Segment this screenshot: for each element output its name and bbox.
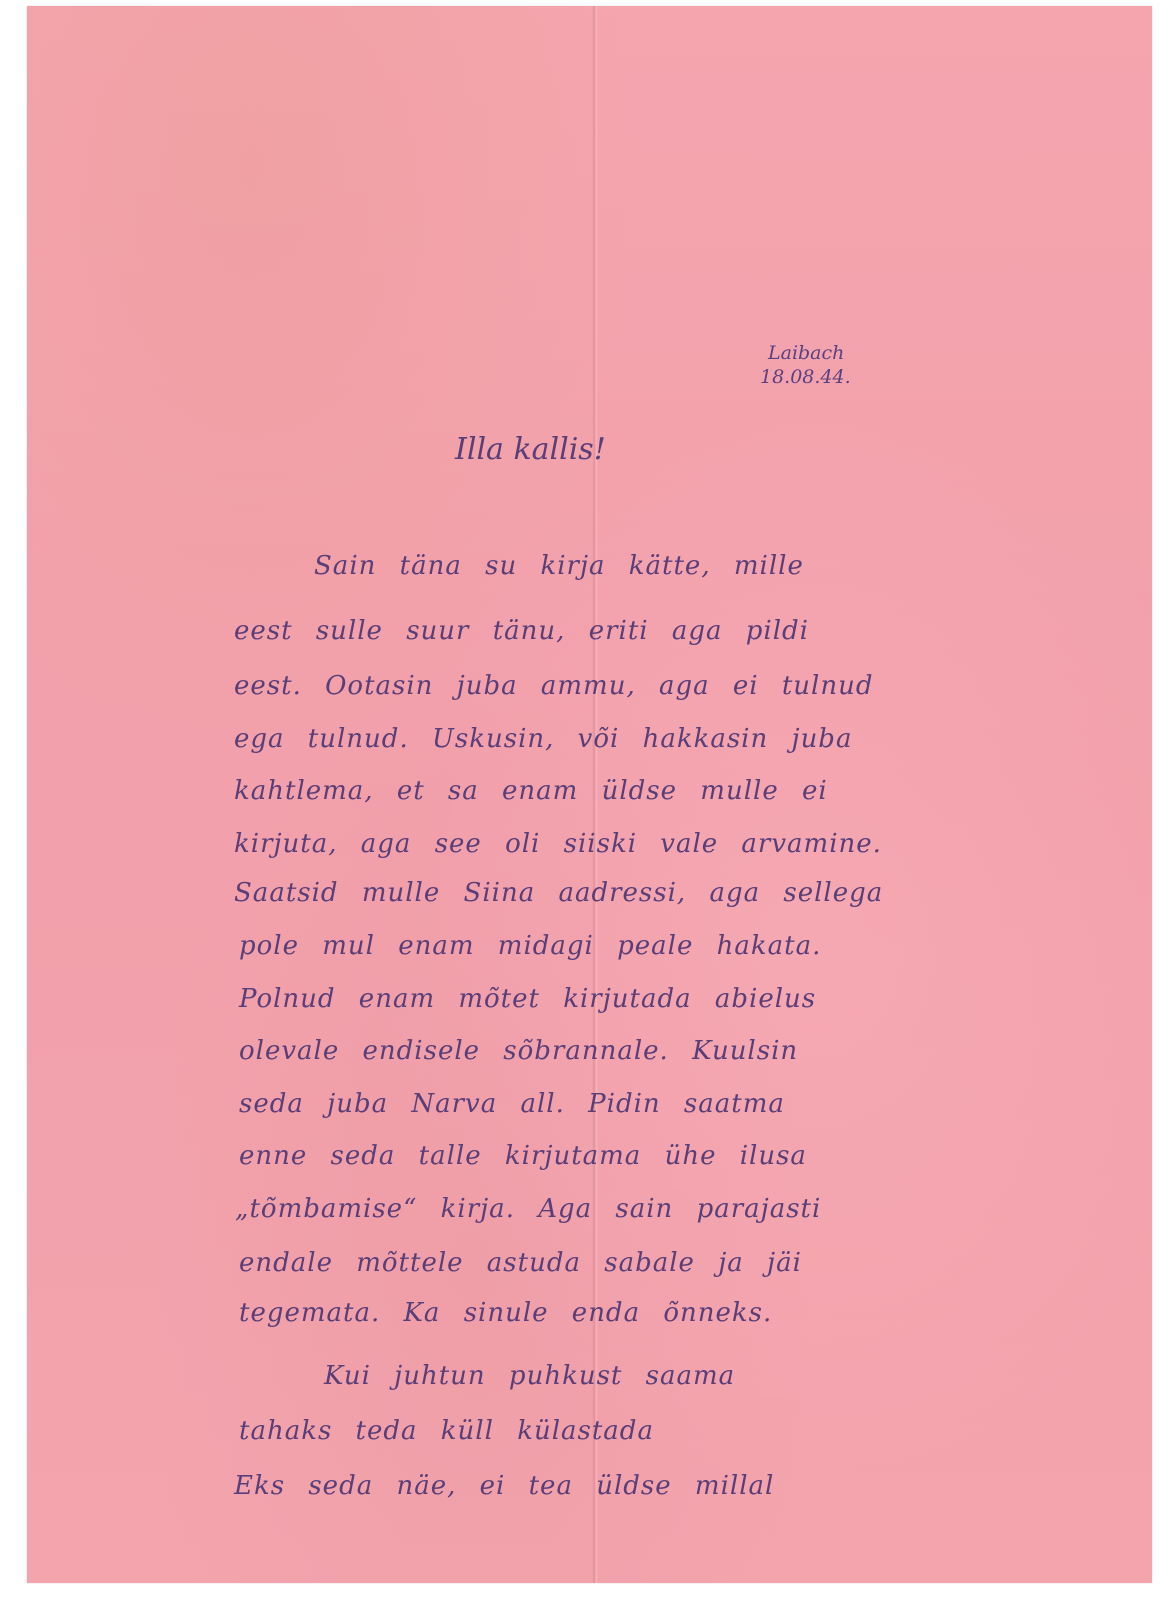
letter-line: eest. Ootasin juba ammu, aga ei tulnud bbox=[234, 671, 874, 701]
letter-line: eest sulle suur tänu, eriti aga pildi bbox=[234, 616, 809, 646]
letter-line: Eks seda näe, ei tea üldse millal bbox=[234, 1471, 774, 1501]
letter-line: ega tulnud. Uskusin, või hakkasin juba bbox=[234, 724, 852, 754]
letter-salutation: Illa kallis! bbox=[455, 432, 606, 467]
letter-line: tegemata. Ka sinule enda õnneks. bbox=[239, 1298, 772, 1328]
letter-line: seda juba Narva all. Pidin saatma bbox=[239, 1089, 785, 1119]
letter-line: Polnud enam mõtet kirjutada abielus bbox=[239, 984, 816, 1014]
letter-line: endale mõttele astuda sabale ja jäi bbox=[239, 1248, 802, 1278]
letter-place: Laibach bbox=[760, 341, 851, 365]
letter-line: kahtlema, et sa enam üldse mulle ei bbox=[234, 776, 828, 806]
letter-line: pole mul enam midagi peale hakata. bbox=[239, 931, 821, 961]
letter-line: Sain täna su kirja kätte, mille bbox=[314, 551, 804, 581]
letter-line: olevale endisele sõbrannale. Kuulsin bbox=[239, 1036, 798, 1066]
place-date-block: Laibach 18.08.44. bbox=[760, 341, 851, 389]
letter-line: „tõmbamise“ kirja. Aga sain parajasti bbox=[235, 1194, 821, 1224]
letter-line: enne seda talle kirjutama ühe ilusa bbox=[239, 1141, 807, 1171]
letter-date: 18.08.44. bbox=[760, 365, 851, 389]
letter-line: Saatsid mulle Siina aadressi, aga selleg… bbox=[234, 878, 883, 908]
letter-line: kirjuta, aga see oli siiski vale arvamin… bbox=[234, 829, 882, 859]
letter-body: Laibach 18.08.44. Illa kallis! Sain täna… bbox=[27, 6, 1152, 1583]
letter-line: tahaks teda küll külastada bbox=[239, 1416, 654, 1446]
letter-line: Kui juhtun puhkust saama bbox=[324, 1361, 735, 1391]
letter-paper: Laibach 18.08.44. Illa kallis! Sain täna… bbox=[27, 6, 1152, 1583]
